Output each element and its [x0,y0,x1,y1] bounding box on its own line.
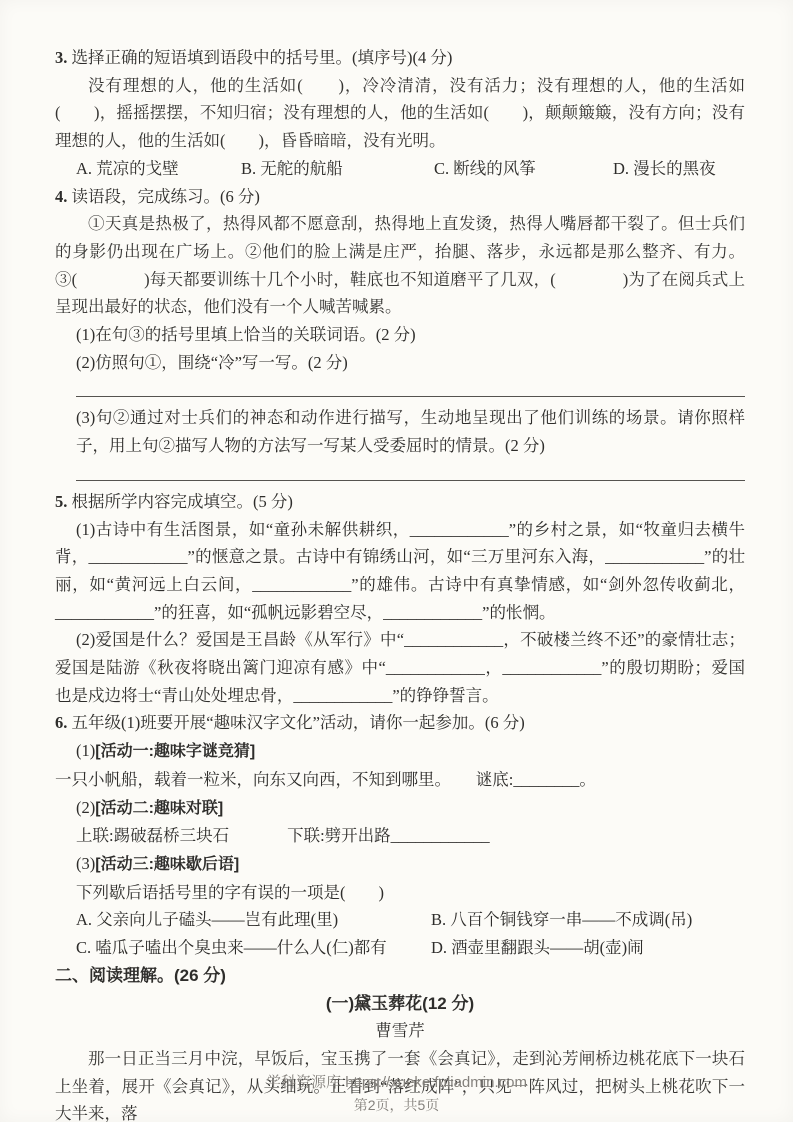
question-4-title: 读语段，完成练习。(6 分) [72,187,260,206]
question-4-header: 4. 读语段，完成练习。(6 分) [55,183,745,211]
question-5-part2: (2)爱国是什么？爱国是王昌龄《从军行》中“____________，不破楼兰终… [55,626,745,709]
question-3-header: 3. 选择正确的短语填到语段中的括号里。(填序号)(4 分) [55,44,745,72]
riddle-line: 一只小帆船，载着一粒米，向东又向西，不知到哪里。 谜底:________。 [55,766,745,794]
activity-1-label: (1)[活动一:趣味字谜竞猜] [76,737,745,766]
question-3-number: 3. [55,48,67,67]
question-3-options: A. 荒凉的戈壁 B. 无舵的航船 C. 断线的风筝 D. 漫长的黑夜 [76,155,745,183]
option-c: C. 嗑瓜子嗑出个臭虫来——什么人(仁)都有 [76,934,431,962]
activity-3-prefix: (3) [76,854,95,873]
question-3: 3. 选择正确的短语填到语段中的括号里。(填序号)(4 分) 没有理想的人，他的… [55,44,745,183]
question-4-sub3: (3)句②通过对士兵们的神态和动作进行描写，生动地呈现出了他们训练的场景。请你照… [76,404,745,459]
question-4-sub1: (1)在句③的括号里填上恰当的关联词语。(2 分) [76,321,745,349]
activity-2-prefix: (2) [76,798,95,817]
question-4-number: 4. [55,187,67,206]
activity-1-name: [活动一:趣味字谜竞猜] [95,743,255,760]
footer-watermark: 学科资源库 https://xueke.fuliadmin.com [0,1072,793,1094]
option-c: C. 断线的风筝 [434,155,613,183]
question-5: 5. 根据所学内容完成填空。(5 分) (1)古诗中有生活图景，如“童孙未解供耕… [55,488,745,710]
question-4: 4. 读语段，完成练习。(6 分) ①天真是热极了，热得风都不愿意刮，热得地上直… [55,183,745,481]
question-4-passage: ①天真是热极了，热得风都不愿意刮，热得地上直发烫，热得人嘴唇都干裂了。但士兵们的… [55,210,745,321]
page-number: 第2页，共5页 [0,1094,793,1116]
answer-line [76,376,745,397]
couplet-lower: 下联:劈开出路____________ [287,826,490,845]
reading-title: (一)黛玉葬花(12 分) [55,990,745,1018]
option-b: B. 无舵的航船 [241,155,434,183]
option-b: B. 八百个铜钱穿一串——不成调(吊) [431,906,745,934]
section-2-header: 二、阅读理解。(26 分) [55,962,745,990]
activity-1-prefix: (1) [76,741,95,760]
activity-3-name: [活动三:趣味歇后语] [95,856,239,873]
question-3-passage: 没有理想的人，他的生活如( )，冷冷清清，没有活力；没有理想的人，他的生活如( … [55,72,745,155]
page-footer: 学科资源库 https://xueke.fuliadmin.com 第2页，共5… [0,1072,793,1116]
exam-paper-page: 3. 选择正确的短语填到语段中的括号里。(填序号)(4 分) 没有理想的人，他的… [0,0,793,1122]
activity-3-label: (3)[活动三:趣味歇后语] [76,850,745,879]
couplet-line: 上联:踢破磊桥三块石下联:劈开出路____________ [76,822,745,850]
option-a: A. 父亲向儿子磕头——岂有此理(里) [76,906,431,934]
question-5-number: 5. [55,492,67,511]
question-5-header: 5. 根据所学内容完成填空。(5 分) [55,488,745,516]
question-6: 6. 五年级(1)班要开展“趣味汉字文化”活动，请你一起参加。(6 分) (1)… [55,709,745,961]
answer-line [76,460,745,481]
question-4-sub2: (2)仿照句①，围绕“冷”写一写。(2 分) [76,349,745,377]
question-6-header: 6. 五年级(1)班要开展“趣味汉字文化”活动，请你一起参加。(6 分) [55,709,745,737]
option-a: A. 荒凉的戈壁 [76,155,241,183]
question-3-title: 选择正确的短语填到语段中的括号里。(填序号)(4 分) [72,48,453,67]
question-5-part1: (1)古诗中有生活图景，如“童孙未解供耕织，____________”的乡村之景… [55,516,745,627]
activity-2-name: [活动二:趣味对联] [95,800,223,817]
question-6-number: 6. [55,713,67,732]
option-d: D. 漫长的黑夜 [613,155,716,183]
activity-2-label: (2)[活动二:趣味对联] [76,794,745,823]
option-d: D. 酒壶里翻跟头——胡(壶)闹 [431,934,745,962]
question-6-title: 五年级(1)班要开展“趣味汉字文化”活动，请你一起参加。(6 分) [72,713,525,732]
exam-content: 3. 选择正确的短语填到语段中的括号里。(填序号)(4 分) 没有理想的人，他的… [0,0,793,1122]
couplet-upper: 上联:踢破磊桥三块石 [76,826,229,845]
question-5-title: 根据所学内容完成填空。(5 分) [72,492,293,511]
reading-author: 曹雪芹 [55,1017,745,1045]
question-6-choice-stem: 下列歇后语括号里的字有误的一项是( ) [76,879,745,907]
question-6-options: A. 父亲向儿子磕头——岂有此理(里) B. 八百个铜钱穿一串——不成调(吊) … [76,906,745,961]
